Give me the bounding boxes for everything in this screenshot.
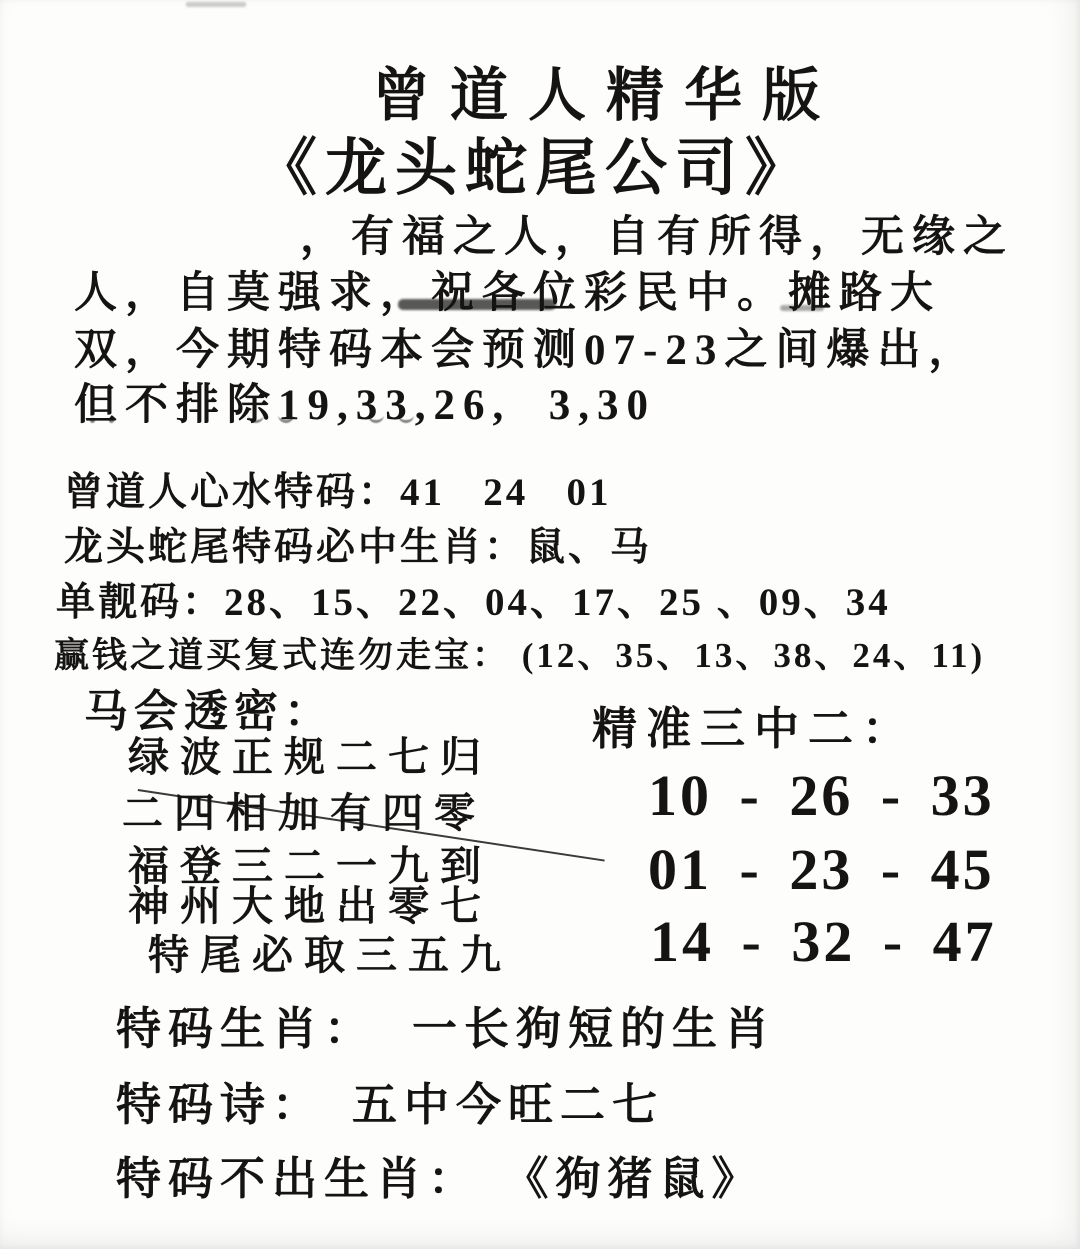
row-value: 28、15、22、04、17、25 、09、34: [224, 581, 891, 624]
row-label: 特码生肖：: [116, 1004, 376, 1054]
row-value: 五中今旺二七: [352, 1080, 664, 1130]
scan-edge-mark: [186, 2, 246, 7]
page-subtitle: 《龙头蛇尾公司》: [255, 118, 815, 207]
intro-line: 但不排除19,33,26, 3,30: [74, 371, 656, 432]
poem-line: 绿波正规二七归: [128, 724, 492, 783]
row-value: 鼠、马: [526, 526, 652, 569]
row-label: 特码不出生肖：: [116, 1154, 480, 1204]
row-value: (12、35、13、38、24、11): [522, 636, 985, 675]
row-label: 曾道人心水特码：: [64, 471, 400, 514]
fushi-row: 赢钱之道买复式连勿走宝： (12、35、13、38、24、11): [54, 628, 985, 678]
danliangma-row: 单靓码：28、15、22、04、17、25 、09、34: [56, 571, 891, 627]
poem-line: 特尾必取三五九: [148, 922, 512, 981]
number-group: 14 - 32 - 47: [650, 908, 997, 975]
row-value: 41 24 01: [400, 471, 612, 514]
number-group: 01 - 23 - 45: [648, 836, 995, 903]
xinshui-tema-row: 曾道人心水特码：41 24 01: [64, 461, 612, 517]
poem-line: 二四相加有四零: [122, 780, 486, 839]
row-value: 一长狗短的生肖: [412, 1004, 776, 1054]
row-label: 特码诗：: [116, 1080, 324, 1130]
tema-shi-row: 特码诗：五中今旺二七: [116, 1068, 664, 1133]
intro-line: ，有福之人，自有所得，无缘之: [300, 203, 1014, 264]
accurate-heading: 精准三中二：: [592, 692, 916, 757]
row-label: 龙头蛇尾特码必中生肖：: [64, 526, 526, 569]
tema-buchu-row: 特码不出生肖：《狗猪鼠》: [116, 1142, 764, 1207]
intro-line: 人，自莫强求，祝各位彩民中。摊路大: [74, 259, 941, 320]
bizhong-shengxiao-row: 龙头蛇尾特码必中生肖：鼠、马: [64, 516, 652, 572]
intro-line: 双，今期特码本会预测07-23之间爆出，: [74, 316, 979, 377]
row-label: 单靓码：: [56, 581, 224, 624]
tema-shengxiao-row: 特码生肖：一长狗短的生肖: [116, 992, 776, 1057]
number-group: 10 - 26 - 33: [648, 762, 995, 829]
row-label: 赢钱之道买复式连勿走宝：: [54, 636, 510, 675]
scanned-flyer-page: 曾道人精华版 《龙头蛇尾公司》 ，有福之人，自有所得，无缘之 人，自莫强求，祝各…: [0, 0, 1080, 1249]
row-value: 《狗猪鼠》: [526, 1154, 764, 1204]
